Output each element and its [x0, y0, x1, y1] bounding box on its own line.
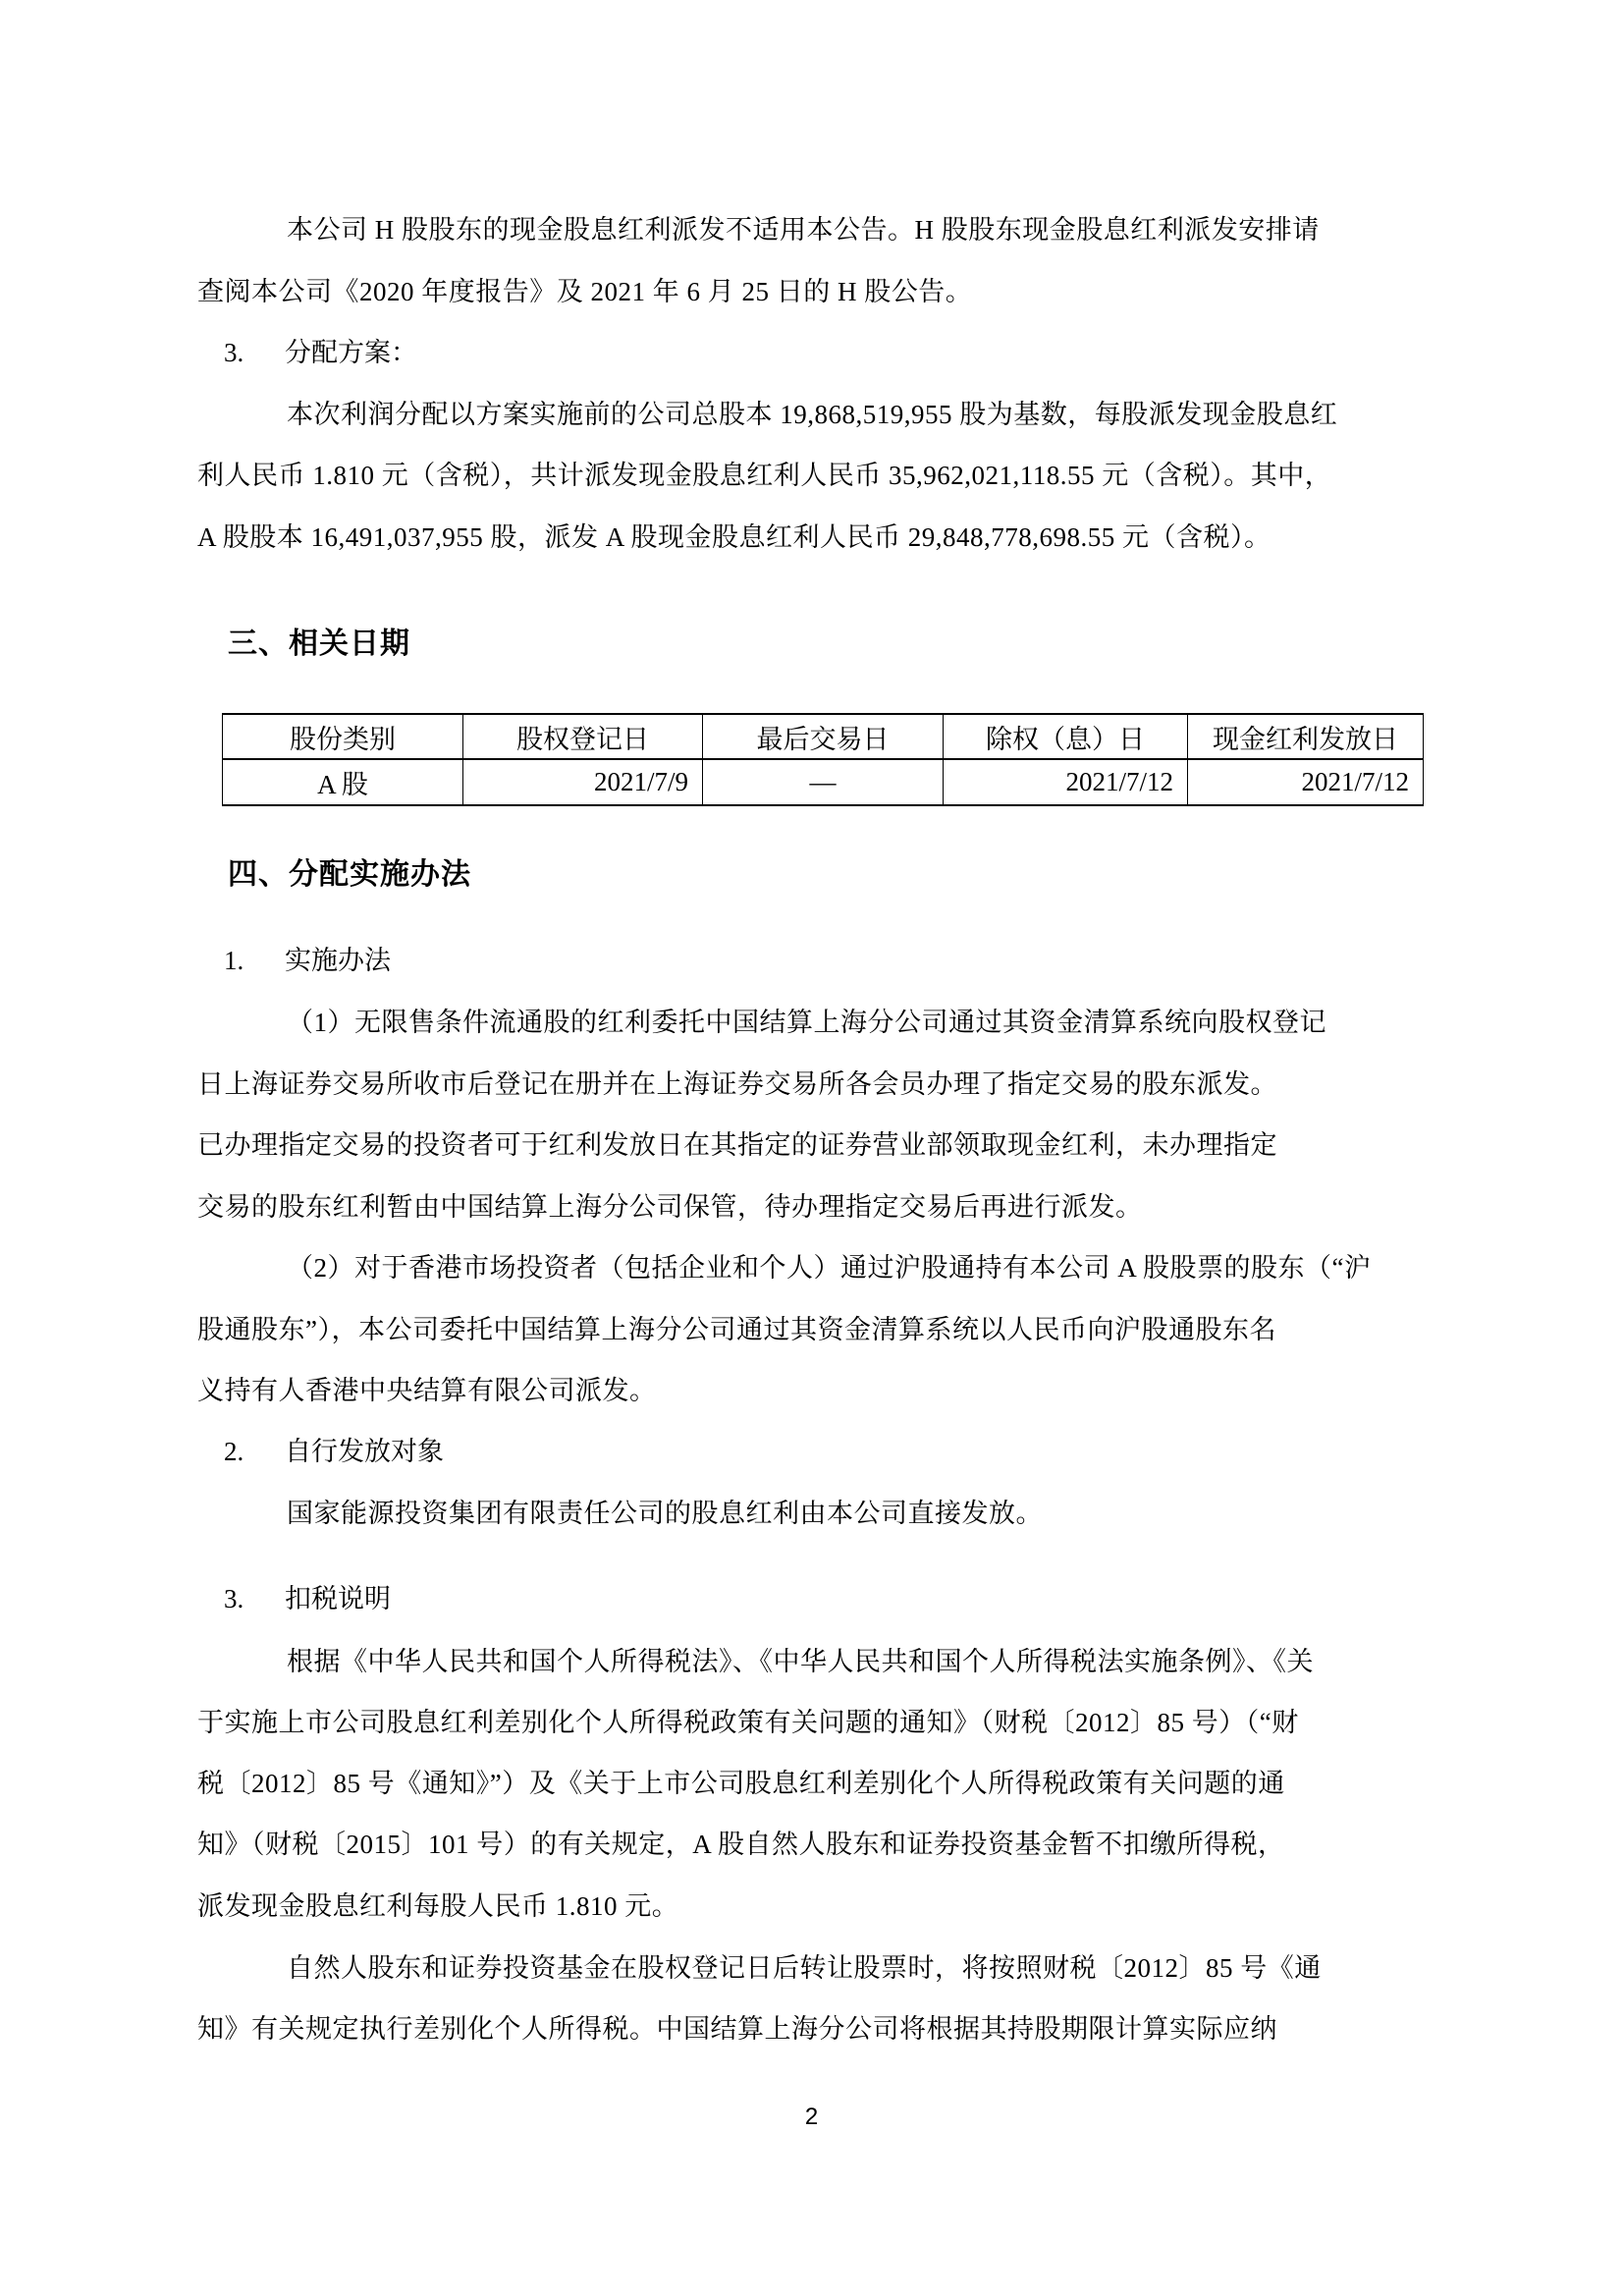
body-line: （1）无限售条件流通股的红利委托中国结算上海分公司通过其资金清算系统向股权登记	[287, 1007, 1326, 1039]
body-line: 知》（财税〔2015〕101 号）的有关规定，A 股自然人股东和证券投资基金暂不…	[197, 1829, 1285, 1861]
dates-table: 股份类别 股权登记日 最后交易日 除权（息）日 现金红利发放日 A 股 2021…	[222, 713, 1424, 806]
cell-record-date: 2021/7/9	[463, 759, 703, 805]
list-item-tax: 3.扣税说明	[224, 1583, 391, 1615]
body-line: 利人民币 1.810 元（含税），共计派发现金股息红利人民币 35,962,02…	[197, 460, 1331, 492]
body-line: 税〔2012〕85 号《通知》”）及《关于上市公司股息红利差别化个人所得税政策有…	[197, 1768, 1285, 1800]
body-line: 知》有关规定执行差别化个人所得税。中国结算上海分公司将根据其持股期限计算实际应纳	[197, 2013, 1277, 2046]
body-line: 自然人股东和证券投资基金在股权登记日后转让股票时，将按照财税〔2012〕85 号…	[287, 1952, 1322, 1985]
body-line: 国家能源投资集团有限责任公司的股息红利由本公司直接发放。	[287, 1498, 1043, 1530]
section-heading-dates: 三、相关日期	[228, 627, 410, 662]
body-line: A 股股本 16,491,037,955 股，派发 A 股现金股息红利人民币 2…	[197, 521, 1271, 554]
list-item-plan: 3.分配方案：	[224, 337, 417, 369]
table-header-record-date: 股权登记日	[463, 714, 703, 759]
list-item-number: 3.	[224, 1583, 285, 1615]
table-header-payment-date: 现金红利发放日	[1188, 714, 1424, 759]
body-line: 日上海证券交易所收市后登记在册并在上海证券交易所各会员办理了指定交易的股东派发。	[197, 1068, 1277, 1101]
list-item-number: 1.	[224, 945, 285, 977]
cell-share-class: A 股	[223, 759, 463, 805]
list-item-number: 2.	[224, 1436, 285, 1468]
body-line: 于实施上市公司股息红利差别化个人所得税政策有关问题的通知》（财税〔2012〕85…	[197, 1707, 1299, 1739]
body-line: （2）对于香港市场投资者（包括企业和个人）通过沪股通持有本公司 A 股股票的股东…	[287, 1252, 1372, 1285]
body-line: 本公司 H 股股东的现金股息红利派发不适用本公告。H 股股东现金股息红利派发安排…	[287, 214, 1320, 246]
table-row: A 股 2021/7/9 — 2021/7/12 2021/7/12	[223, 759, 1424, 805]
list-item-impl: 1.实施办法	[224, 945, 391, 977]
body-line: 派发现金股息红利每股人民币 1.810 元。	[197, 1890, 678, 1923]
list-item-label: 实施办法	[285, 946, 391, 975]
list-item-self: 2.自行发放对象	[224, 1436, 444, 1468]
table-header-ex-dividend-date: 除权（息）日	[944, 714, 1188, 759]
document-page: 本公司 H 股股东的现金股息红利派发不适用本公告。H 股股东现金股息红利派发安排…	[0, 0, 1623, 2296]
list-item-label: 自行发放对象	[285, 1437, 444, 1466]
body-line: 查阅本公司《2020 年度报告》及 2021 年 6 月 25 日的 H 股公告…	[197, 276, 972, 308]
list-item-number: 3.	[224, 337, 285, 369]
body-line: 已办理指定交易的投资者可于红利发放日在其指定的证券营业部领取现金红利，未办理指定	[197, 1129, 1277, 1162]
table-header-last-trade-date: 最后交易日	[703, 714, 944, 759]
body-line: 义持有人香港中央结算有限公司派发。	[197, 1375, 657, 1407]
page-number: 2	[0, 2104, 1623, 2131]
cell-last-trade-date: —	[703, 759, 944, 805]
table-header-share-class: 股份类别	[223, 714, 463, 759]
list-item-label: 扣税说明	[285, 1584, 391, 1613]
cell-ex-dividend-date: 2021/7/12	[944, 759, 1188, 805]
body-line: 交易的股东红利暂由中国结算上海分公司保管，待办理指定交易后再进行派发。	[197, 1191, 1143, 1224]
body-line: 本次利润分配以方案实施前的公司总股本 19,868,519,955 股为基数，每…	[287, 399, 1337, 431]
body-line: 根据《中华人民共和国个人所得税法》、《中华人民共和国个人所得税法实施条例》、《关	[287, 1646, 1314, 1678]
table-header-row: 股份类别 股权登记日 最后交易日 除权（息）日 现金红利发放日	[223, 714, 1424, 759]
section-heading-method: 四、分配实施办法	[228, 857, 471, 893]
list-item-label: 分配方案：	[285, 338, 417, 367]
cell-payment-date: 2021/7/12	[1188, 759, 1424, 805]
body-line: 股通股东”），本公司委托中国结算上海分公司通过其资金清算系统以人民币向沪股通股东…	[197, 1314, 1276, 1346]
